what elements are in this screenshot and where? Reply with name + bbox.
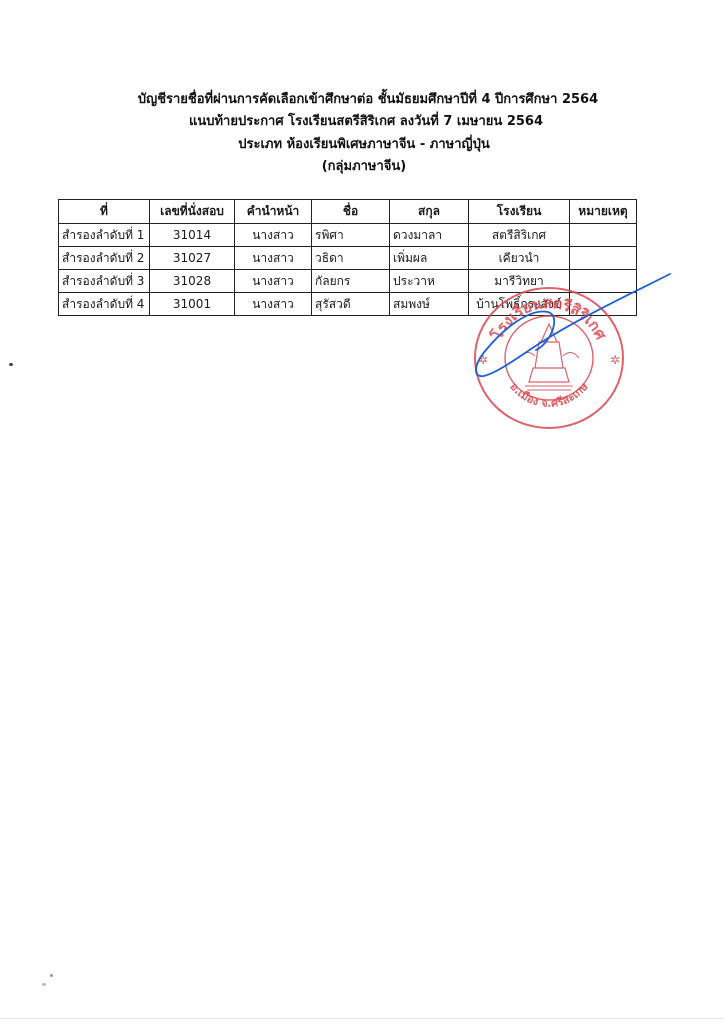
program-type: ประเภท ห้องเรียนพิเศษภาษาจีน - ภาษาญี่ปุ… [2, 133, 724, 154]
cell-surname: ดวงมาลา [390, 224, 469, 247]
cell-remarks [570, 224, 637, 247]
cell-rank: สำรองลำดับที่ 3 [59, 270, 150, 293]
cell-rank: สำรองลำดับที่ 1 [59, 224, 150, 247]
header-first-name: ชื่อ [312, 200, 390, 224]
document-title: บัญชีรายชื่อที่ผ่านการคัดเลือกเข้าศึกษาต… [6, 88, 724, 109]
cell-remarks [570, 270, 637, 293]
header-remarks: หมายเหตุ [570, 200, 637, 224]
scan-speck [42, 983, 46, 986]
cell-remarks [570, 247, 637, 270]
language-group: (กลุ่มภาษาจีน) [2, 155, 724, 176]
header-seat-number: เลขที่นั่งสอบ [150, 200, 235, 224]
cell-seat-number: 31028 [150, 270, 235, 293]
scan-speck [50, 974, 53, 977]
cell-rank: สำรองลำดับที่ 4 [59, 293, 150, 316]
cell-prefix: นางสาว [235, 293, 312, 316]
cell-first-name: วธิดา [312, 247, 390, 270]
cell-first-name: กัลยกร [312, 270, 390, 293]
cell-prefix: นางสาว [235, 270, 312, 293]
cell-school: เคียวนำ [469, 247, 570, 270]
header-surname: สกุล [390, 200, 469, 224]
cell-seat-number: 31001 [150, 293, 235, 316]
cell-school: สตรีสิริเกศ [469, 224, 570, 247]
cell-prefix: นางสาว [235, 224, 312, 247]
header-no: ที่ [59, 200, 150, 224]
seal-star-icon: ✲ [478, 353, 488, 367]
cell-remarks [570, 293, 637, 316]
cell-first-name: รพิศา [312, 224, 390, 247]
table-row: สำรองลำดับที่ 4 31001 นางสาว สุรัสวดี สม… [59, 293, 637, 316]
table-row: สำรองลำดับที่ 1 31014 นางสาว รพิศา ดวงมา… [59, 224, 637, 247]
seal-star-icon: ✲ [610, 353, 620, 367]
document-page: บัญชีรายชื่อที่ผ่านการคัดเลือกเข้าศึกษาต… [0, 0, 724, 1024]
cell-prefix: นางสาว [235, 247, 312, 270]
cell-seat-number: 31014 [150, 224, 235, 247]
scan-speck [9, 363, 13, 366]
announcement-reference: แนบท้ายประกาศ โรงเรียนสตรีสิริเกศ ลงวันท… [4, 110, 724, 131]
cell-school: มารีวิทยา [469, 270, 570, 293]
cell-surname: ประวาห [390, 270, 469, 293]
seal-bottom-text: อ.เมือง จ.ศรีสะเกษ [507, 380, 591, 410]
header-school: โรงเรียน [469, 200, 570, 224]
header-prefix: คำนำหน้า [235, 200, 312, 224]
cell-seat-number: 31027 [150, 247, 235, 270]
cell-school: บ้านโพธิ์กระสังข์ [469, 293, 570, 316]
cell-first-name: สุรัสวดี [312, 293, 390, 316]
cell-rank: สำรองลำดับที่ 2 [59, 247, 150, 270]
cell-surname: สมพงษ์ [390, 293, 469, 316]
cell-surname: เพิ่มผล [390, 247, 469, 270]
table-row: สำรองลำดับที่ 2 31027 นางสาว วธิดา เพิ่ม… [59, 247, 637, 270]
table-row: สำรองลำดับที่ 3 31028 นางสาว กัลยกร ประว… [59, 270, 637, 293]
results-table: ที่ เลขที่นั่งสอบ คำนำหน้า ชื่อ สกุล โรง… [58, 199, 637, 316]
table-header-row: ที่ เลขที่นั่งสอบ คำนำหน้า ชื่อ สกุล โรง… [59, 200, 637, 224]
page-edge [0, 1018, 724, 1019]
